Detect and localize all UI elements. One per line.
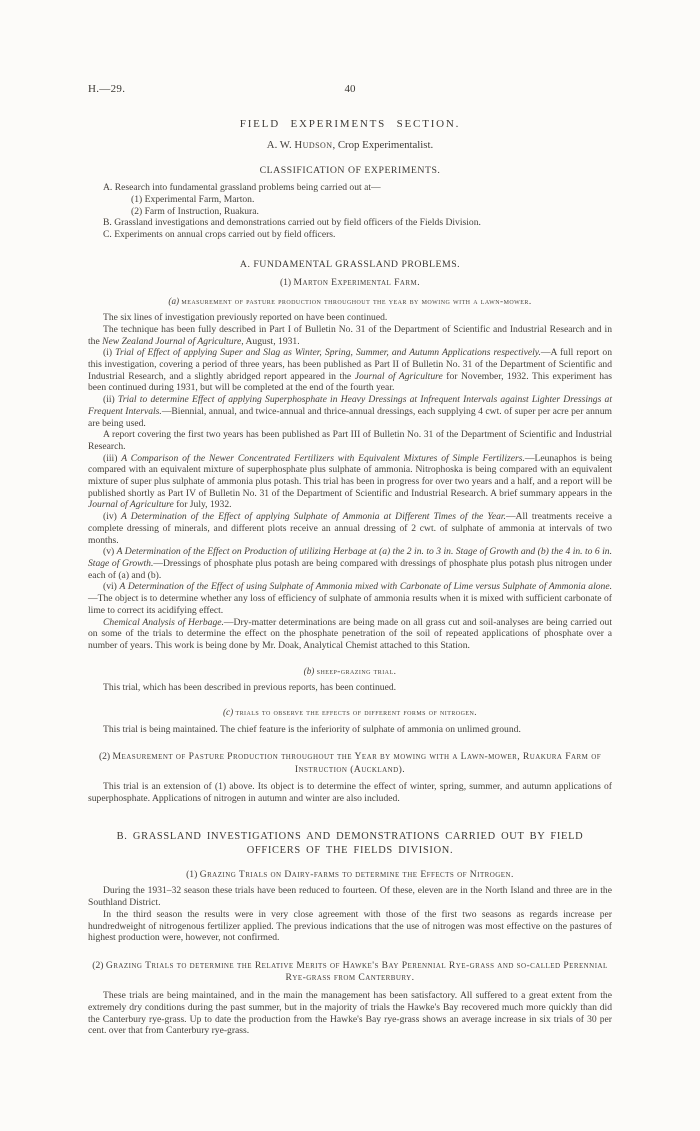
subsection-heading-c-nitrogen: (c) trials to observe the effects of dif… [88, 707, 612, 719]
list-item: (2) Farm of Instruction, Ruakura. [88, 206, 612, 218]
paragraph-trial-vi: (vi) A Determination of the Effect of us… [88, 581, 612, 616]
section-heading-b: B. GRASSLAND INVESTIGATIONS AND DEMONSTR… [88, 830, 612, 857]
paragraph: A report covering the first two years ha… [88, 429, 612, 452]
paragraph-chemical-analysis: Chemical Analysis of Herbage.—Dry-matter… [88, 617, 612, 652]
paragraph-trial-iv: (iv) A Determination of the Effect of ap… [88, 511, 612, 546]
list-item: B. Grassland investigations and demonstr… [88, 217, 612, 229]
paragraph: The technique has been fully described i… [88, 324, 612, 347]
paragraph: In the third season the results were in … [88, 909, 612, 944]
subsection-heading-a-mowing: (a) measurement of pasture production th… [88, 296, 612, 308]
subsection-heading-marton: (1) Marton Experimental Farm. [88, 277, 612, 289]
paragraph: During the 1931–32 season these trials h… [88, 885, 612, 908]
page-body: FIELD EXPERIMENTS SECTION.A. W. Hudson, … [88, 119, 612, 1037]
subsection-heading-b-sheep: (b) sheep-grazing trial. [88, 666, 612, 678]
section-heading-classification: CLASSIFICATION OF EXPERIMENTS. [88, 165, 612, 177]
subsection-heading-ruakura: (2) Measurement of Pasture Production th… [88, 751, 612, 775]
document-page: H.—29. 40 FIELD EXPERIMENTS SECTION.A. W… [0, 0, 700, 1131]
byline: A. W. Hudson, Crop Experimentalist. [88, 140, 612, 152]
subsection-heading-rye-grass: (2) Grazing Trials to determine the Rela… [88, 960, 612, 984]
paragraph-trial-iii: (iii) A Comparison of the Newer Concentr… [88, 453, 612, 512]
document-reference: H.—29. [88, 84, 125, 96]
paragraph: This trial is an extension of (1) above.… [88, 781, 612, 804]
subsection-heading-dairy-farms: (1) Grazing Trials on Dairy-farms to det… [88, 869, 612, 881]
list-item: C. Experiments on annual crops carried o… [88, 229, 612, 241]
paragraph-trial-ii: (ii) Trial to determine Effect of applyi… [88, 394, 612, 429]
list-item: A. Research into fundamental grassland p… [88, 182, 612, 194]
paragraph: This trial, which has been described in … [88, 682, 612, 694]
section-heading-a: A. FUNDAMENTAL GRASSLAND PROBLEMS. [88, 259, 612, 271]
page-header: H.—29. 40 [88, 84, 612, 98]
list-item: (1) Experimental Farm, Marton. [88, 194, 612, 206]
paragraph: These trials are being maintained, and i… [88, 990, 612, 1037]
paragraph-trial-v: (v) A Determination of the Effect on Pro… [88, 546, 612, 581]
paragraph: The six lines of investigation previousl… [88, 312, 612, 324]
paragraph-trial-i: (i) Trial of Effect of applying Super an… [88, 347, 612, 394]
doc-title: FIELD EXPERIMENTS SECTION. [88, 119, 612, 131]
page-number: 40 [345, 84, 356, 96]
paragraph: This trial is being maintained. The chie… [88, 724, 612, 736]
